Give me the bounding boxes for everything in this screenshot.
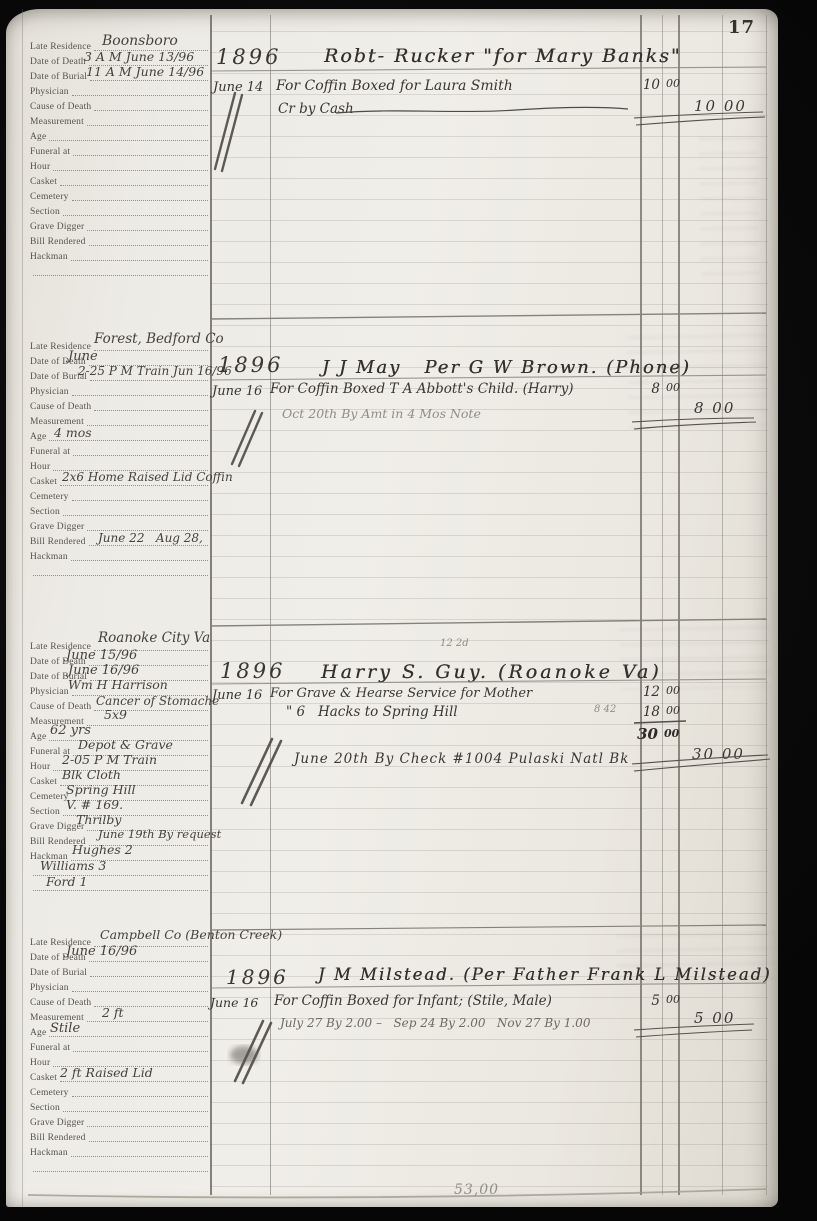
amount-dollars: 8 xyxy=(636,383,660,397)
form-row xyxy=(30,264,210,279)
dotted-leader xyxy=(72,500,208,501)
scanned-ledger-photo: 17 Late Residence Date of Death Date of … xyxy=(0,0,817,1221)
ink-bleed-through xyxy=(699,137,759,278)
dotted-leader xyxy=(94,110,208,111)
amount-cents: 00 xyxy=(660,994,686,1005)
field-label: Hour xyxy=(30,763,50,775)
field-label: Late Residence xyxy=(30,43,91,55)
entry-description: For Grave & Hearse Service for Mother xyxy=(270,687,532,700)
field-label: Section xyxy=(30,208,60,220)
form-row: Cemetery xyxy=(30,1085,210,1100)
field-label: Funeral at xyxy=(30,1044,70,1056)
entry-heading: Robt- Rucker "for Mary Banks" xyxy=(324,47,682,66)
form-row: Cemetery xyxy=(30,189,210,204)
amount-cents: 00 xyxy=(660,78,686,89)
field-value-hour: 2-05 P M Train xyxy=(62,754,157,767)
field-label: Cemetery xyxy=(30,1089,69,1101)
entry-description: For Coffin Boxed T A Abbott's Child. (Ha… xyxy=(270,383,573,397)
dotted-leader xyxy=(53,170,208,171)
field-label: Cause of Death xyxy=(30,703,91,715)
field-label: Cause of Death xyxy=(30,103,91,115)
form-row: Bill Rendered xyxy=(30,234,210,249)
entry-description: For Coffin Boxed for Laura Smith xyxy=(276,79,513,93)
form-row: Funeral at xyxy=(30,144,210,159)
field-value-grave-digger: Thrilby xyxy=(76,814,121,827)
field-value-hackman: Hughes 2 xyxy=(72,844,133,857)
amount-cents: 00 xyxy=(660,685,686,696)
field-label: Casket xyxy=(30,178,57,190)
field-label: Cause of Death xyxy=(30,999,91,1011)
field-value-late-residence: Boonsboro xyxy=(102,34,178,48)
field-label: Hackman xyxy=(30,553,68,565)
dotted-leader xyxy=(71,560,208,561)
dotted-leader xyxy=(90,380,208,381)
dotted-leader xyxy=(72,395,208,396)
field-value-date-of-burial: 2-25 P M Train Jun 16/96 xyxy=(78,365,232,377)
field-label: Cause of Death xyxy=(30,403,91,415)
field-value-casket: 2 ft Raised Lid xyxy=(60,1067,153,1080)
field-label: Funeral at xyxy=(30,448,70,460)
field-label: Cemetery xyxy=(30,793,69,805)
money-column-rule xyxy=(662,15,663,1195)
form-row: Cemetery xyxy=(30,489,210,504)
field-label: Hackman xyxy=(30,253,68,265)
dotted-leader xyxy=(72,991,208,992)
entry-description: " 6 Hacks to Spring Hill xyxy=(286,706,458,720)
form-row: Physician xyxy=(30,84,210,99)
page-number: 17 xyxy=(728,17,755,38)
form-row: Hour xyxy=(30,159,210,174)
amount-charged: 500 xyxy=(636,995,686,1009)
field-value-section: V. # 169. xyxy=(66,799,123,812)
form-row: Funeral at xyxy=(30,1040,210,1055)
amount-paid: 8 00 xyxy=(694,401,735,416)
dotted-leader xyxy=(71,1156,208,1157)
field-label: Bill Rendered xyxy=(30,1134,86,1146)
amount-dollars: 12 xyxy=(636,686,660,700)
dotted-leader xyxy=(87,1126,208,1127)
entry-year: 1896 xyxy=(220,661,285,682)
dotted-leader xyxy=(89,961,208,962)
field-value-cemetery: Spring Hill xyxy=(66,784,135,797)
field-label: Measurement xyxy=(30,118,84,130)
amount-total: 3000 xyxy=(634,727,684,742)
dotted-leader xyxy=(33,275,208,276)
dotted-leader xyxy=(94,350,208,351)
dotted-leader xyxy=(71,260,208,261)
entry-payment-note: Oct 20th By Amt in 4 Mos Note xyxy=(282,408,481,421)
field-value-bill-rendered: June 22 Aug 28, xyxy=(98,532,203,544)
dotted-leader xyxy=(60,185,208,186)
entry-date: June 16 xyxy=(210,997,258,1010)
form-row: Physician xyxy=(30,384,210,399)
money-column-rule xyxy=(640,15,642,1195)
entry-payment-note: July 27 By 2.00 – Sep 24 By 2.00 Nov 27 … xyxy=(280,1017,590,1029)
dotted-leader xyxy=(33,575,208,576)
dotted-leader xyxy=(63,515,208,516)
field-value-casket: 2x6 Home Raised Lid Coffin xyxy=(62,471,233,483)
form-row: Age xyxy=(30,129,210,144)
dotted-leader xyxy=(94,410,208,411)
field-value-cause-of-death: Cancer of Stomache xyxy=(96,695,219,707)
dotted-leader xyxy=(60,485,208,486)
field-value-date-of-death: 3 A M June 13/96 xyxy=(84,51,194,64)
field-label: Casket xyxy=(30,478,57,490)
field-label: Age xyxy=(30,1029,46,1041)
form-row: Funeral at xyxy=(30,444,210,459)
field-value-date-of-death: June 16/96 xyxy=(66,945,137,958)
field-value-extra-hackman: Ford 1 xyxy=(46,876,87,889)
field-label: Age xyxy=(30,433,46,445)
field-label: Hour xyxy=(30,1059,50,1071)
entry-date: June 14 xyxy=(213,81,263,94)
field-value-date-of-death: June 15/96 xyxy=(66,649,137,662)
money-column-rule xyxy=(766,15,767,1195)
amount-paid: 10 00 xyxy=(694,99,747,114)
dotted-leader xyxy=(72,1096,208,1097)
field-value-funeral-at: Depot & Grave xyxy=(78,739,173,752)
page-crease xyxy=(22,9,23,1207)
form-row: Grave Digger xyxy=(30,1115,210,1130)
field-value-date-of-burial: June 16/96 xyxy=(68,664,139,677)
field-value-age: 62 yrs xyxy=(50,724,91,737)
amount-dollars: 5 xyxy=(636,995,660,1009)
pencil-note: 12 2d xyxy=(440,639,469,649)
dotted-leader xyxy=(73,455,208,456)
form-row: Cause of Death xyxy=(30,399,210,414)
amount-dollars: 30 xyxy=(634,727,658,742)
dotted-leader xyxy=(87,230,208,231)
field-label: Section xyxy=(30,508,60,520)
dotted-leader xyxy=(89,245,208,246)
field-value-extra-hackman: Williams 3 xyxy=(40,860,106,873)
dotted-leader xyxy=(49,440,208,441)
form-row: Bill Rendered xyxy=(30,1130,210,1145)
field-label: Bill Rendered xyxy=(30,238,86,250)
dotted-leader xyxy=(73,1051,208,1052)
field-label: Physician xyxy=(30,688,69,700)
amount-cents: 00 xyxy=(658,728,684,739)
form-row xyxy=(30,1160,210,1175)
form-row: Measurement xyxy=(30,114,210,129)
dotted-leader xyxy=(90,80,208,81)
form-row: Hackman xyxy=(30,1145,210,1160)
amount-paid: 5 00 xyxy=(694,1011,735,1026)
page-footer-total: 53,00 xyxy=(454,1183,499,1197)
amount-charged: 1000 xyxy=(636,79,686,93)
amount-paid: 30 00 xyxy=(692,747,745,762)
field-label: Casket xyxy=(30,778,57,790)
form-row: Cause of Death xyxy=(30,99,210,114)
dotted-leader xyxy=(89,545,208,546)
entry-year: 1896 xyxy=(226,967,289,987)
form-row: Hackman xyxy=(30,249,210,264)
entry-description: For Coffin Boxed for Infant; (Stile, Mal… xyxy=(274,995,552,1009)
field-label: Physician xyxy=(30,984,69,996)
entry-date: June 16 xyxy=(212,689,262,702)
field-label: Date of Burial xyxy=(30,969,87,981)
form-row: Section xyxy=(30,204,210,219)
field-label: Physician xyxy=(30,88,69,100)
field-label: Physician xyxy=(30,388,69,400)
field-label: Hour xyxy=(30,163,50,175)
dotted-leader xyxy=(72,200,208,201)
dotted-leader xyxy=(87,425,208,426)
amount-charged: 1800 xyxy=(636,706,686,720)
entry-year: 1896 xyxy=(216,47,281,68)
field-label: Grave Digger xyxy=(30,223,84,235)
field-label: Hackman xyxy=(30,1149,68,1161)
field-label: Grave Digger xyxy=(30,1119,84,1131)
dotted-leader xyxy=(87,725,208,726)
money-column-rule xyxy=(678,15,680,1195)
field-label: Bill Rendered xyxy=(30,538,86,550)
entry-description: Cr by Cash xyxy=(278,103,354,117)
form-row: Hackman xyxy=(30,549,210,564)
dotted-leader xyxy=(49,1036,208,1037)
field-label: Date of Death xyxy=(30,58,86,70)
dotted-leader xyxy=(49,140,208,141)
field-label: Age xyxy=(30,133,46,145)
date-column-rule xyxy=(270,15,271,1195)
main-column-rule xyxy=(210,15,212,1195)
field-label: Casket xyxy=(30,1074,57,1086)
form-row: Physician xyxy=(30,980,210,995)
amount-cents: 00 xyxy=(660,705,686,716)
form-row: Section xyxy=(30,1100,210,1115)
field-value-age: 4 mos xyxy=(54,427,92,440)
form-row xyxy=(30,564,210,579)
field-value-measurement: 5x9 xyxy=(104,709,127,722)
ink-bleed-through xyxy=(615,932,776,995)
amount-dollars: 18 xyxy=(636,706,660,720)
field-label: Hour xyxy=(30,463,50,475)
dotted-leader xyxy=(60,1081,208,1082)
field-label: Grave Digger xyxy=(30,523,84,535)
amount-cents: 00 xyxy=(660,382,686,393)
form-row: Date of Burial xyxy=(30,965,210,980)
form-row: Grave Digger xyxy=(30,219,210,234)
field-label: Age xyxy=(30,733,46,745)
entry-date: June 16 xyxy=(212,385,262,398)
field-value-late-residence: Roanoke City Va xyxy=(98,632,210,646)
form-label-column-record-4: Late Residence Date of Death Date of Bur… xyxy=(30,935,210,1175)
field-value-date-of-burial: 11 A M June 14/96 xyxy=(86,66,204,79)
dotted-leader xyxy=(63,215,208,216)
form-row: Section xyxy=(30,504,210,519)
dotted-leader xyxy=(72,95,208,96)
field-label: Section xyxy=(30,808,60,820)
field-value-late-residence: Campbell Co (Benton Creek) xyxy=(100,929,282,942)
ledger-page: 17 Late Residence Date of Death Date of … xyxy=(6,9,778,1207)
dotted-leader xyxy=(89,1141,208,1142)
field-value-age: Stile xyxy=(50,1022,80,1035)
dotted-leader xyxy=(33,890,208,891)
field-value-date-of-death: June xyxy=(68,350,98,363)
pencil-note: 8 42 xyxy=(594,705,616,715)
dotted-leader xyxy=(73,155,208,156)
amount-dollars: 10 xyxy=(636,79,660,93)
field-label: Section xyxy=(30,1104,60,1116)
field-value-casket: Blk Cloth xyxy=(62,769,121,782)
field-value-physician: Wm H Harrison xyxy=(68,679,168,692)
field-label: Cemetery xyxy=(30,193,69,205)
dotted-leader xyxy=(87,125,208,126)
field-value-bill-rendered: June 19th By request xyxy=(98,829,221,841)
field-value-measurement: 2 ft xyxy=(102,1007,124,1020)
field-label: Funeral at xyxy=(30,148,70,160)
amount-charged: 800 xyxy=(636,383,686,397)
field-label: Cemetery xyxy=(30,493,69,505)
entry-year: 1896 xyxy=(218,355,283,376)
dotted-leader xyxy=(87,1021,208,1022)
dotted-leader xyxy=(90,976,208,977)
entry-payment-note: June 20th By Check #1004 Pulaski Natl Bk xyxy=(294,753,629,767)
dotted-leader xyxy=(33,1171,208,1172)
amount-charged: 1200 xyxy=(636,686,686,700)
form-row: Casket xyxy=(30,174,210,189)
entry-heading: J J May Per G W Brown. (Phone) xyxy=(322,359,691,377)
entry-heading: J M Milstead. (Per Father Frank L Milste… xyxy=(318,967,772,984)
field-label: Date of Burial xyxy=(30,73,87,85)
dotted-leader xyxy=(63,1111,208,1112)
field-value-late-residence: Forest, Bedford Co xyxy=(94,333,224,347)
entry-heading: Harry S. Guy. (Roanoke Va) xyxy=(321,663,662,682)
